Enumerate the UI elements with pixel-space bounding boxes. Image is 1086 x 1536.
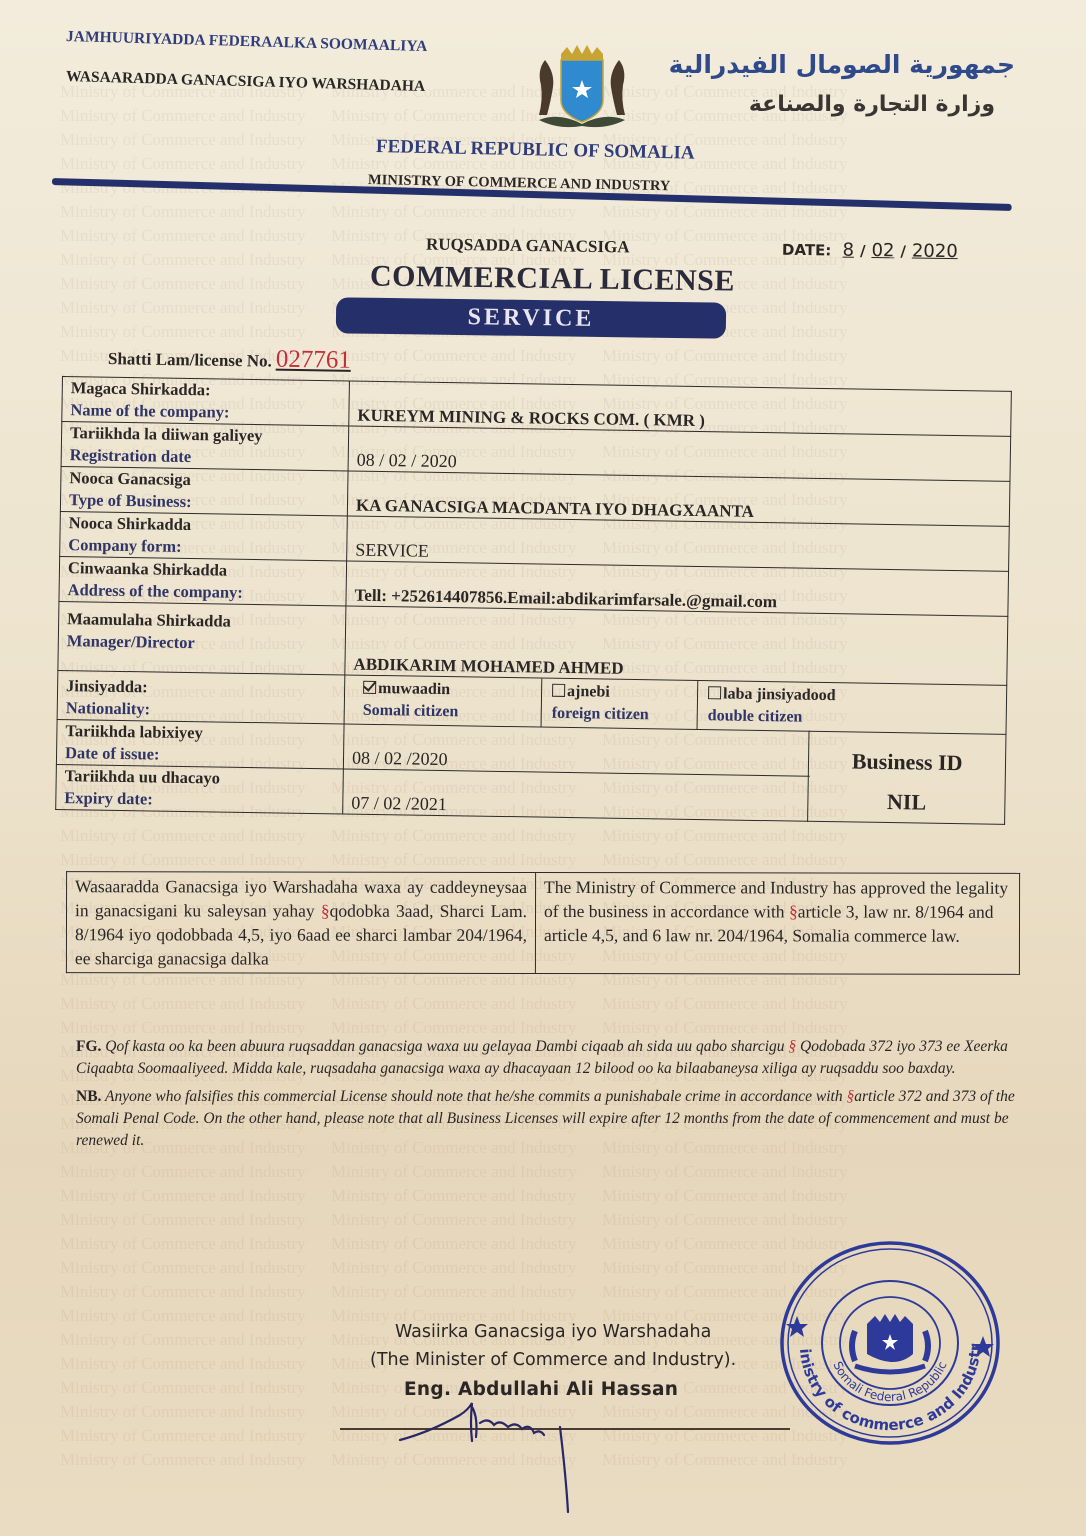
field-label-en: Manager/Director: [67, 630, 337, 656]
header-english-republic: FEDERAL REPUBLIC OF SOMALIA: [376, 136, 695, 165]
date-month: 02: [865, 240, 900, 261]
note-text: Qof kasta oo ka been abuura ruqsaddan ga…: [105, 1038, 788, 1055]
note-label: FG.: [76, 1038, 101, 1055]
field-label-en: Name of the company:: [70, 399, 340, 425]
date-year: 2020: [906, 240, 964, 262]
business-id-value: NIL: [816, 781, 996, 824]
field-label-en: Date of issue:: [65, 742, 335, 768]
signatory-title-english: (The Minister of Commerce and Industry).: [370, 1350, 736, 1370]
checkbox-checked-icon[interactable]: [363, 681, 376, 694]
svg-text:Somali Federal Republic: Somali Federal Republic: [830, 1359, 949, 1404]
option-label-en: foreign citizen: [552, 703, 687, 727]
field-label-en: Nationality:: [66, 697, 336, 723]
field-label-en: Address of the company:: [67, 579, 337, 605]
title-english: COMMERCIAL LICENSE: [370, 259, 735, 298]
license-document: Ministry of Commerce and Industry Minist…: [0, 0, 1086, 1536]
option-label-so: laba jinsiyadood: [723, 685, 836, 704]
note-label: NB.: [76, 1088, 101, 1105]
option-label-en: Somali citizen: [363, 700, 531, 725]
note-english: NB. Anyone who falsifies this commercial…: [76, 1086, 1026, 1152]
business-id-cell: Business ID NIL: [808, 731, 1006, 824]
header-somali-republic: JAMHUURIYADDA FEDERAALKA SOOMAALIYA: [66, 28, 428, 56]
somalia-coat-of-arms-icon: [527, 40, 637, 135]
field-label-en: Type of Business:: [69, 489, 339, 515]
legal-text-english: The Ministry of Commerce and Industry ha…: [535, 872, 1019, 974]
field-label-en: Expiry date:: [64, 787, 334, 813]
section-sign-icon: §: [789, 901, 798, 921]
date-day: 8: [836, 239, 860, 260]
checkbox-icon[interactable]: [708, 686, 721, 699]
signatory-title-somali: Wasiirka Ganacsiga iyo Warshadaha: [395, 1322, 711, 1342]
section-sign-icon: §: [321, 901, 330, 921]
official-seal-icon: Ministry of commerce and Industry Somali…: [775, 1236, 1005, 1451]
title-somali: RUQSADDA GANACSIGA: [426, 235, 630, 258]
nationality-option-foreign[interactable]: ajnebi foreign citizen: [542, 679, 699, 729]
section-sign-icon: §: [788, 1038, 796, 1055]
legal-text-somali: Wasaaradda Ganacsiga iyo Warshadaha waxa…: [66, 872, 535, 974]
note-somali: FG. Qof kasta oo ka been abuura ruqsadda…: [76, 1036, 1026, 1080]
field-label-en: Company form:: [68, 534, 338, 560]
license-number-label: Shatti Lam/license No.: [108, 349, 272, 371]
nationality-option-double[interactable]: laba jinsiyadood double citizen: [698, 681, 999, 734]
manager-value: ABDIKARIM MOHAMED AHMED: [345, 606, 1008, 685]
legal-notes: FG. Qof kasta oo ka been abuura ruqsadda…: [76, 1036, 1026, 1158]
license-category: SERVICE: [467, 304, 594, 333]
business-id-label: Business ID: [817, 741, 997, 784]
header-arabic-republic: جمهورية الصومال الفيدرالية: [655, 50, 1015, 79]
seal-inner-text: Somali Federal Republic: [830, 1359, 949, 1404]
issue-date-value: 08 / 02 /2020: [343, 724, 809, 776]
option-label-en: double citizen: [708, 705, 988, 731]
license-category-banner: SERVICE: [336, 297, 726, 338]
handwritten-signature-icon: [390, 1395, 620, 1520]
license-number-line: Shatti Lam/license No.027761: [108, 343, 357, 375]
header-arabic-ministry: وزارة التجارة والصناعة: [655, 92, 995, 117]
date-label: DATE:: [782, 241, 832, 260]
license-number: 027761: [272, 346, 357, 374]
checkbox-icon[interactable]: [552, 684, 565, 697]
option-label-so: muwaadin: [378, 680, 450, 698]
license-details-table: Magaca Shirkadda:Name of the company: KU…: [55, 376, 1012, 825]
legal-approval-box: Wasaaradda Ganacsiga iyo Warshadaha waxa…: [66, 871, 1020, 975]
issue-date-header: DATE: 8/02/2020: [782, 239, 964, 263]
field-label-en: Registration date: [70, 444, 340, 470]
expiry-date-value: 07 / 02 /2021: [343, 769, 809, 821]
option-label-so: ajnebi: [567, 683, 610, 701]
header-somali-ministry: WASAARADDA GANACSIGA IYO WARSHADAHA: [66, 68, 426, 96]
note-text: Anyone who falsifies this commercial Lic…: [105, 1088, 846, 1105]
nationality-option-somali[interactable]: muwaadin Somali citizen: [353, 676, 543, 727]
